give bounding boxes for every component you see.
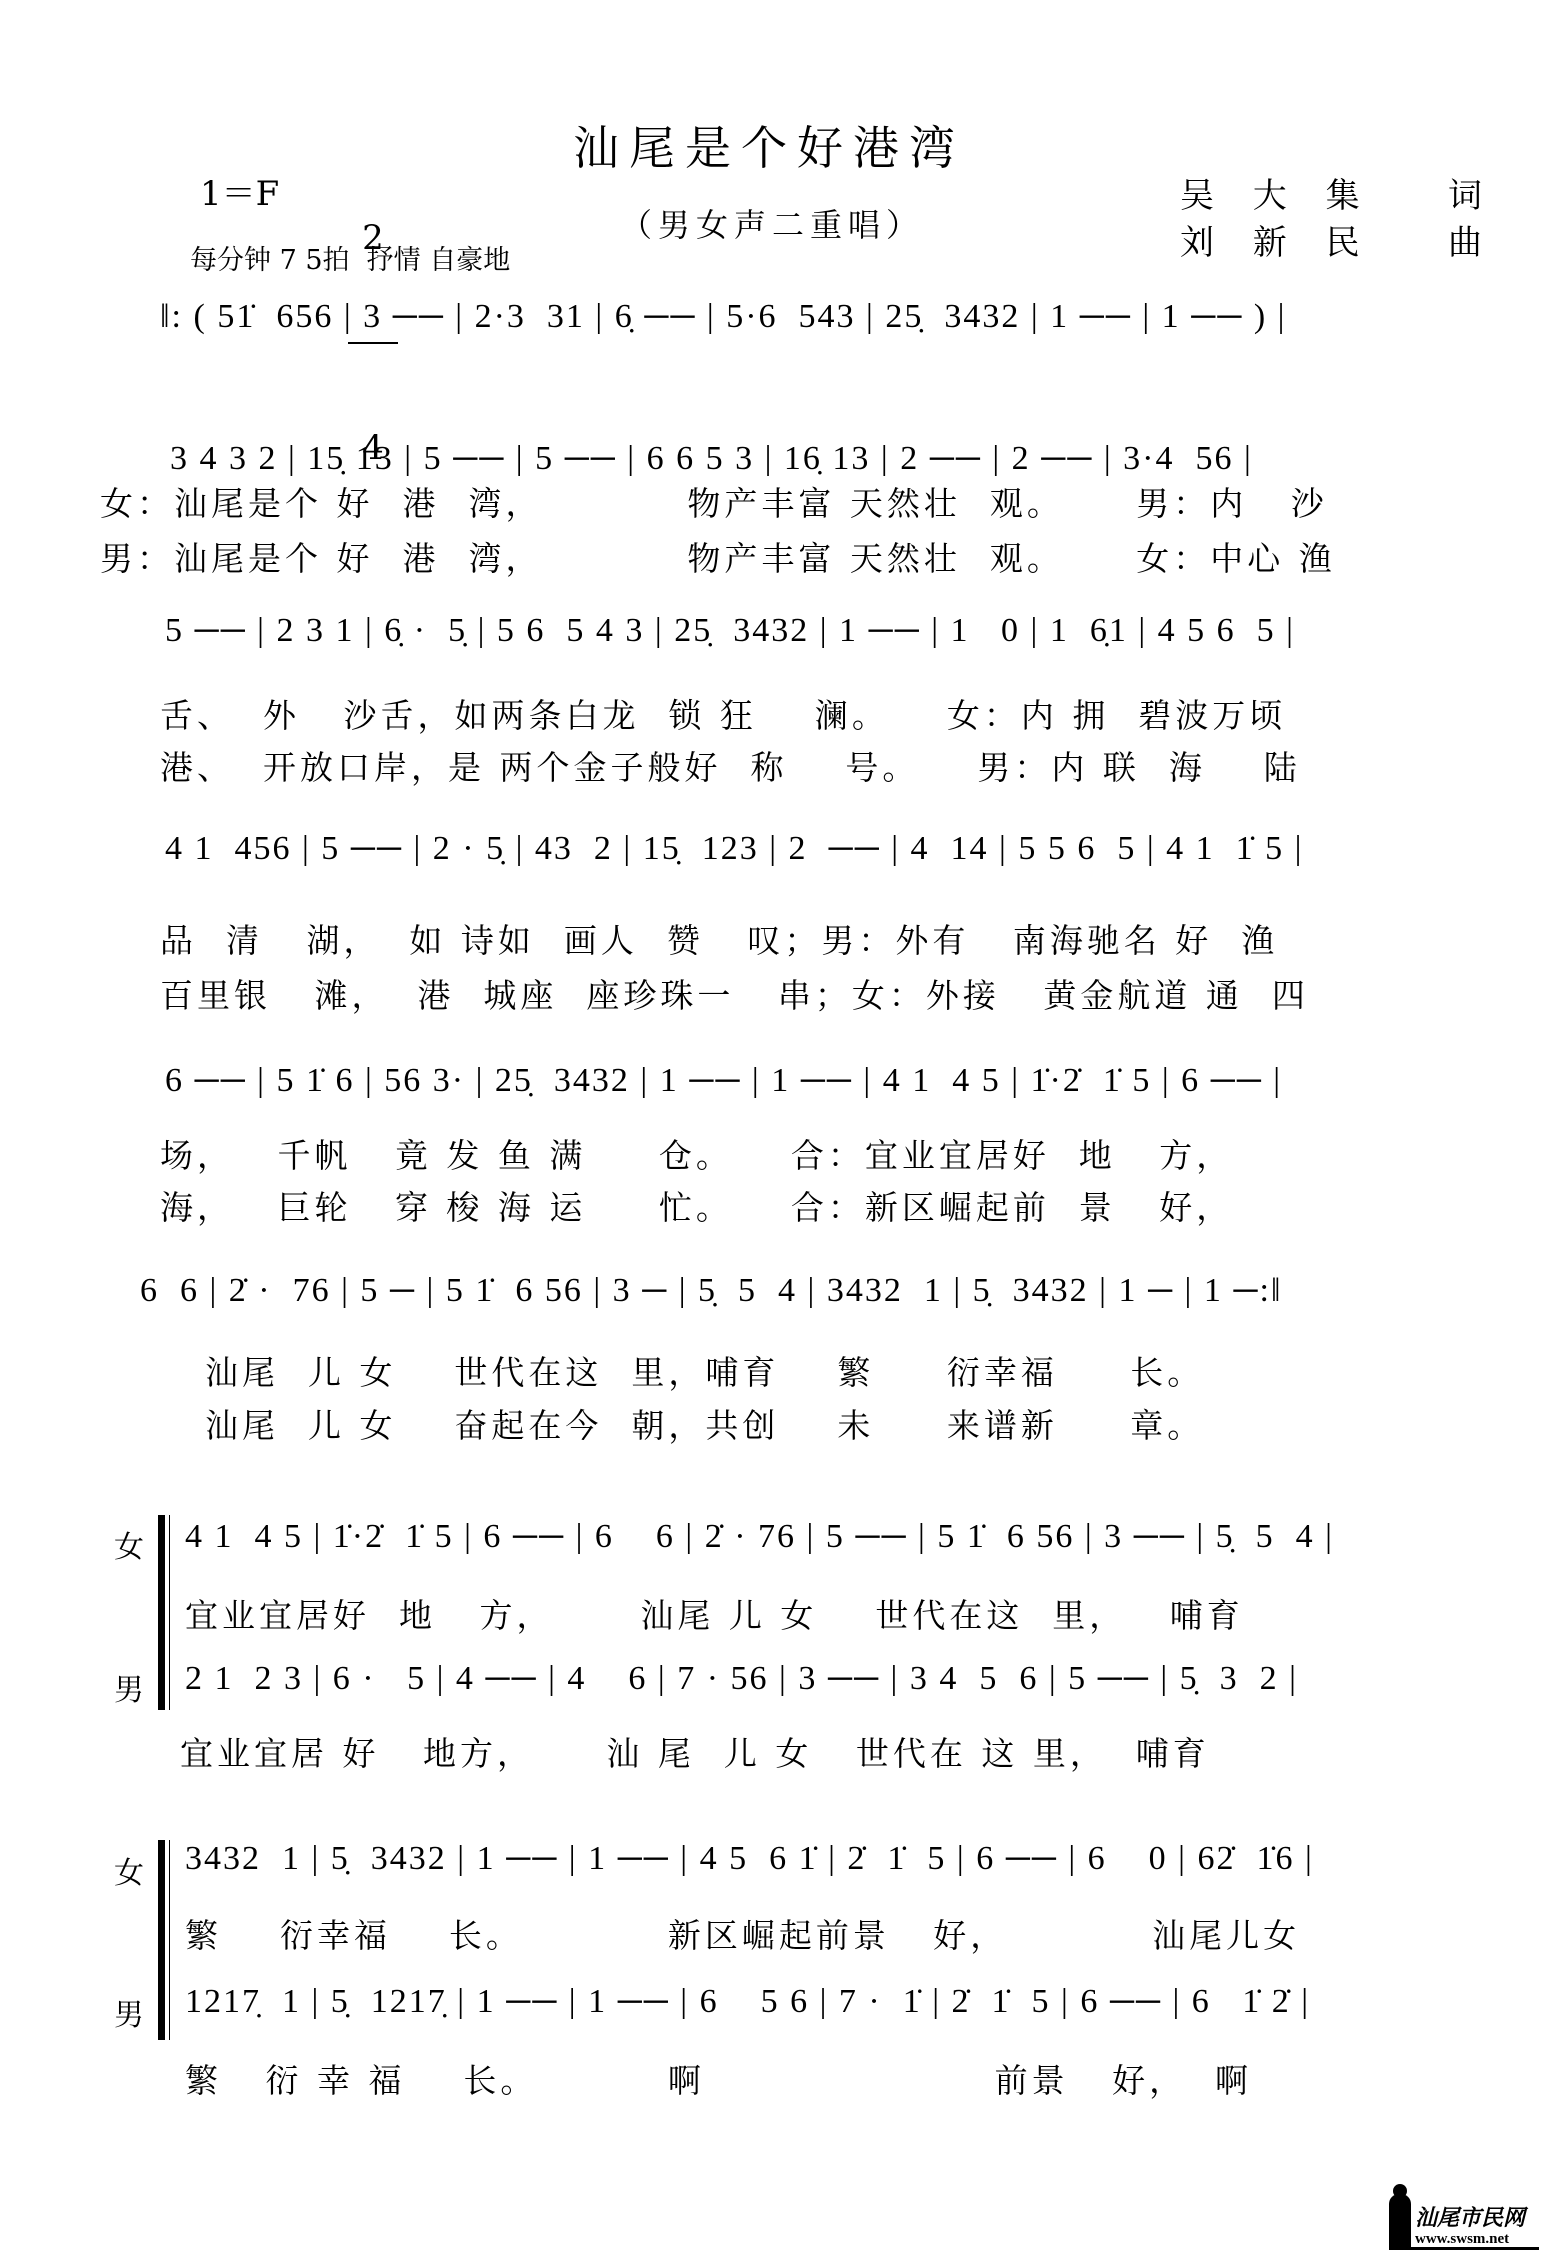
composer-credit: 刘 新 民 曲 [1180, 215, 1496, 264]
site-watermark: 汕尾市民网 www.swsm.net [1389, 2190, 1539, 2250]
music-line-3-lyric-1: 舌、 外 沙舌，如两条白龙 锁 狂 澜。 女：内 拥 碧波万顷 [160, 690, 1286, 737]
duet-1-male-notes: 2 1 2 3 | 6 · 5 | 4 ── | 4 6 | 7 · 56 | … [185, 1660, 1298, 1698]
key-signature: 1＝F [200, 166, 279, 215]
tempo-marking: 每分钟 7 5拍 抒情 自豪地 [190, 238, 510, 277]
watermark-url: www.swsm.net [1415, 2231, 1509, 2248]
music-line-1-notes: ‖: ( 51̇ 656 | 3 ── | 2·3 31 | 6̣ ── | 5… [160, 298, 1286, 336]
music-line-6-notes: 6 6 | 2̇ · 76 | 5 ─ | 5 1̇ 6 56 | 3 ─ | … [140, 1272, 1282, 1310]
voice-label-female: 女 [114, 1848, 144, 1892]
fraction-bar [348, 342, 398, 344]
song-title: 汕尾是个好港湾 [573, 112, 965, 178]
duet-1-female-lyric: 宜业宜居好 地 方， 汕尾 儿 女 世代在这 里， 哺育 [185, 1590, 1244, 1637]
music-line-6-lyric-2: 汕尾 儿 女 奋起在今 朝，共创 未 来谱新 章。 [205, 1400, 1204, 1447]
duet-2-male-lyric: 繁 衍 幸 福 长。 啊 前景 好， 啊 [185, 2055, 1252, 2102]
music-line-5-lyric-1: 场， 千帆 竟 发 鱼 满 仓。 合：宜业宜居好 地 方， [160, 1130, 1233, 1177]
lyricist-credit: 吴 大 集 词 [1180, 168, 1496, 217]
voice-label-female: 女 [114, 1522, 144, 1566]
music-line-5-lyric-2: 海， 巨轮 穿 梭 海 运 忙。 合：新区崛起前 景 好， [160, 1182, 1233, 1229]
music-line-2-notes: 3 4 3 2 | 15̣ 13 | 5 ── | 5 ── | 6 6 5 3… [170, 440, 1253, 478]
music-line-4-notes: 4 1 456 | 5 ── | 2 · 5̣ | 43 2 | 15̣ 123… [165, 830, 1303, 868]
song-subtitle: （男女声二重唱） [620, 200, 924, 246]
duet-bracket-1 [158, 1515, 170, 1710]
duet-2-male-notes: 1217̣ 1 | 5̣ 1217̣ | 1 ── | 1 ── | 6 5 6… [185, 1983, 1310, 2021]
watermark-baseline [1389, 2247, 1539, 2250]
music-line-2-lyric-1: 女：汕尾是个 好 港 湾， 物产丰富 天然壮 观。 男：内 沙 [100, 478, 1328, 525]
duet-2-female-lyric: 繁 衍幸福 长。 新区崛起前景 好， 汕尾儿女 [185, 1910, 1300, 1957]
voice-label-male: 男 [114, 1990, 144, 2034]
music-line-3-lyric-2: 港、 开放口岸，是 两个金子般好 称 号。 男：内 联 海 陆 [160, 742, 1301, 789]
music-line-2-lyric-2: 男：汕尾是个 好 港 湾， 物产丰富 天然壮 观。 女：中心 渔 [100, 533, 1336, 580]
duet-1-male-lyric: 宜业宜居 好 地方， 汕 尾 儿 女 世代在 这 里， 哺育 [180, 1728, 1210, 1775]
statue-figure-icon [1389, 2194, 1411, 2250]
music-line-6-lyric-1: 汕尾 儿 女 世代在这 里，哺育 繁 衍幸福 长。 [205, 1347, 1204, 1394]
duet-2-female-notes: 3432 1 | 5̣ 3432 | 1 ── | 1 ── | 4 5 6 1… [185, 1840, 1314, 1878]
duet-bracket-2 [158, 1840, 170, 2040]
voice-label-male: 男 [114, 1665, 144, 1709]
music-line-5-notes: 6 ── | 5 1̇ 6 | 56 3· | 25̣ 3432 | 1 ── … [165, 1062, 1282, 1100]
music-line-4-lyric-1: 品 清 湖， 如 诗如 画人 赞 叹；男：外有 南海驰名 好 渔 [160, 915, 1278, 962]
duet-1-female-notes: 4 1 4 5 | 1̇·2̇ 1̇ 5 | 6 ── | 6 6 | 2̇ ·… [185, 1518, 1334, 1556]
music-line-3-notes: 5 ── | 2 3 1 | 6̣ · 5̣ | 5 6 5 4 3 | 25̣… [165, 612, 1295, 650]
watermark-site-name: 汕尾市民网 [1415, 2201, 1525, 2232]
music-line-4-lyric-2: 百里银 滩， 港 城座 座珍珠一 串；女：外接 黄金航道 通 四 [160, 970, 1309, 1017]
